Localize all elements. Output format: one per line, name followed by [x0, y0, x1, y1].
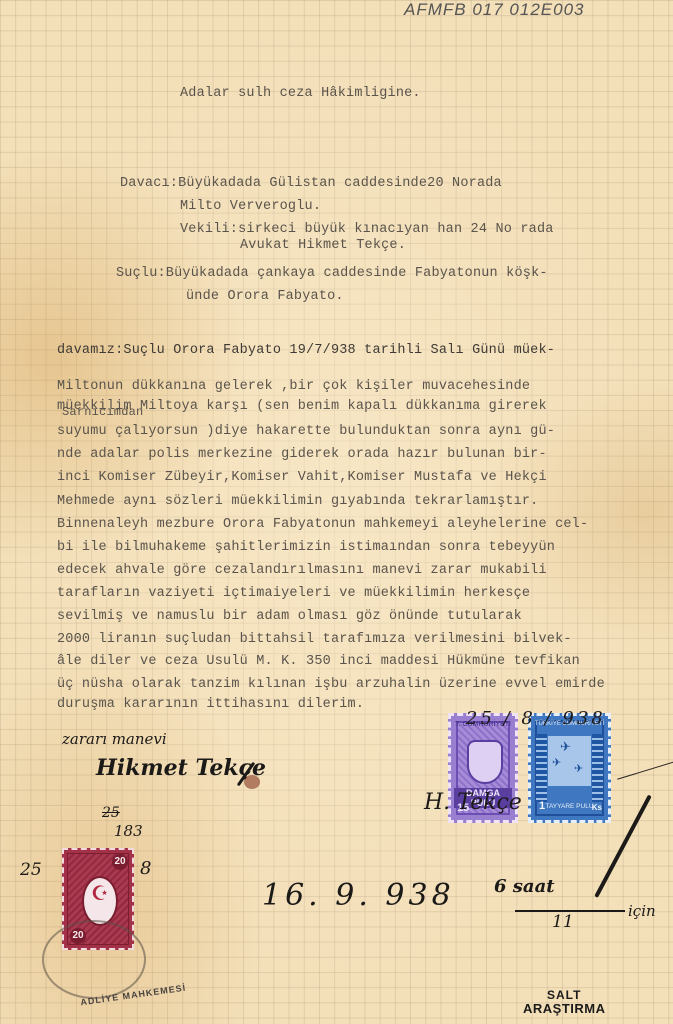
stamp-border-pillar: [592, 734, 603, 802]
coat-of-arms-icon: [467, 740, 503, 784]
stamp-cancellation-date: 25 / 8 / 938: [466, 708, 606, 729]
body-line: üç nüsha olarak tanzim kılınan işbu arzu…: [57, 677, 605, 692]
handwritten-date: 16. 9. 938: [262, 878, 455, 913]
body-line: Mehmede aynı sözleri müekkilimin gıyabın…: [57, 494, 538, 509]
body-line: âle diler ve ceza Usulü M. K. 350 inci m…: [57, 654, 580, 669]
airplane-icon: ✈: [574, 762, 583, 776]
body-line: duruşma kararının ittihasını dilerim.: [57, 697, 364, 712]
postmark-circle: [42, 920, 146, 999]
pen-line: [617, 761, 673, 779]
ink-stain: [244, 775, 260, 789]
crescent-star-icon: ☪: [84, 886, 116, 906]
stamp-sky-panel: ✈ ✈ ✈: [548, 736, 591, 786]
archive-reference-code: AFMFB 017 012E003: [404, 0, 584, 20]
plaintiff-line-1: Davacı:Büyükadada Gülistan caddesinde20 …: [120, 176, 502, 191]
handwritten-time-note: için: [628, 902, 656, 920]
attorney-line-1: Vekili:sirkeci büyük kınacıyan han 24 No…: [180, 222, 554, 237]
stamp-date-left: 25: [20, 860, 42, 880]
document-title: Adalar sulh ceza Hâkimligine.: [180, 86, 421, 101]
interlinear-insertion: Sarnıcımdan: [62, 405, 143, 419]
body-line: nde adalar polis merkezine giderek orada…: [57, 447, 547, 462]
signature-right: H. Tekçe: [424, 790, 522, 815]
body-line: edecek ahvale göre cezalandırılmasını ma…: [57, 563, 547, 578]
airplane-icon: ✈: [560, 740, 571, 755]
body-line: Miltonun dükkanına gelerek ,bir çok kişi…: [57, 379, 530, 394]
body-line: Binnenaleyh mezbure Orora Fabyatonun mah…: [57, 517, 588, 532]
stamp-label: TAYYARE PULU: [531, 803, 608, 810]
stamp-border-pillar: [536, 734, 547, 802]
handwritten-fraction-bottom: 183: [114, 822, 143, 840]
body-line: davamız:Suçlu Orora Fabyato 19/7/938 tar…: [57, 343, 555, 358]
watermark-line-2: ARAŞTIRMA: [523, 1002, 606, 1016]
body-line: sevilmiş ve namuslu bir adam olması göz …: [57, 609, 522, 624]
handwritten-fraction-top: 25: [102, 805, 120, 821]
handwritten-time: 6 saat: [494, 876, 555, 897]
stamp-date-right: 8: [140, 858, 151, 879]
defendant-line-2: ünde Orora Fabyato.: [186, 289, 344, 304]
defendant-line-1: Suçlu:Büyükadada çankaya caddesinde Faby…: [116, 266, 548, 281]
salt-arastirma-watermark: SALT ARAŞTIRMA: [523, 988, 606, 1016]
stamp-value-top: 20: [112, 854, 128, 870]
handwritten-time-bottom: 11: [552, 912, 574, 932]
body-line: suyumu çalıyorsun )diye hakarette bulund…: [57, 424, 555, 439]
body-line: inci Komiser Zübeyir,Komiser Vahit,Komis…: [57, 470, 547, 485]
body-line: bi ile bilmuhakeme şahitlerimizin istima…: [57, 540, 555, 555]
watermark-line-1: SALT: [523, 988, 606, 1002]
attorney-line-2: Avukat Hikmet Tekçe.: [240, 238, 406, 253]
handwritten-note-zarari-manevi: zararı manevi: [62, 730, 167, 748]
body-line: 2000 liranın suçludan bittahsil tarafımı…: [57, 632, 572, 647]
crescent-oval: ☪: [82, 876, 118, 926]
body-line: tarafların vaziyeti içtimaiyeleri ve müe…: [57, 586, 530, 601]
plaintiff-line-2: Milto Ververoglu.: [180, 199, 321, 214]
airplane-icon: ✈: [552, 756, 561, 770]
aviation-stamp-tayyare-pulu: TÜRKİYE CUMHURİYETİ ✈ ✈ ✈ 1 Ks TAYYARE P…: [528, 713, 611, 823]
